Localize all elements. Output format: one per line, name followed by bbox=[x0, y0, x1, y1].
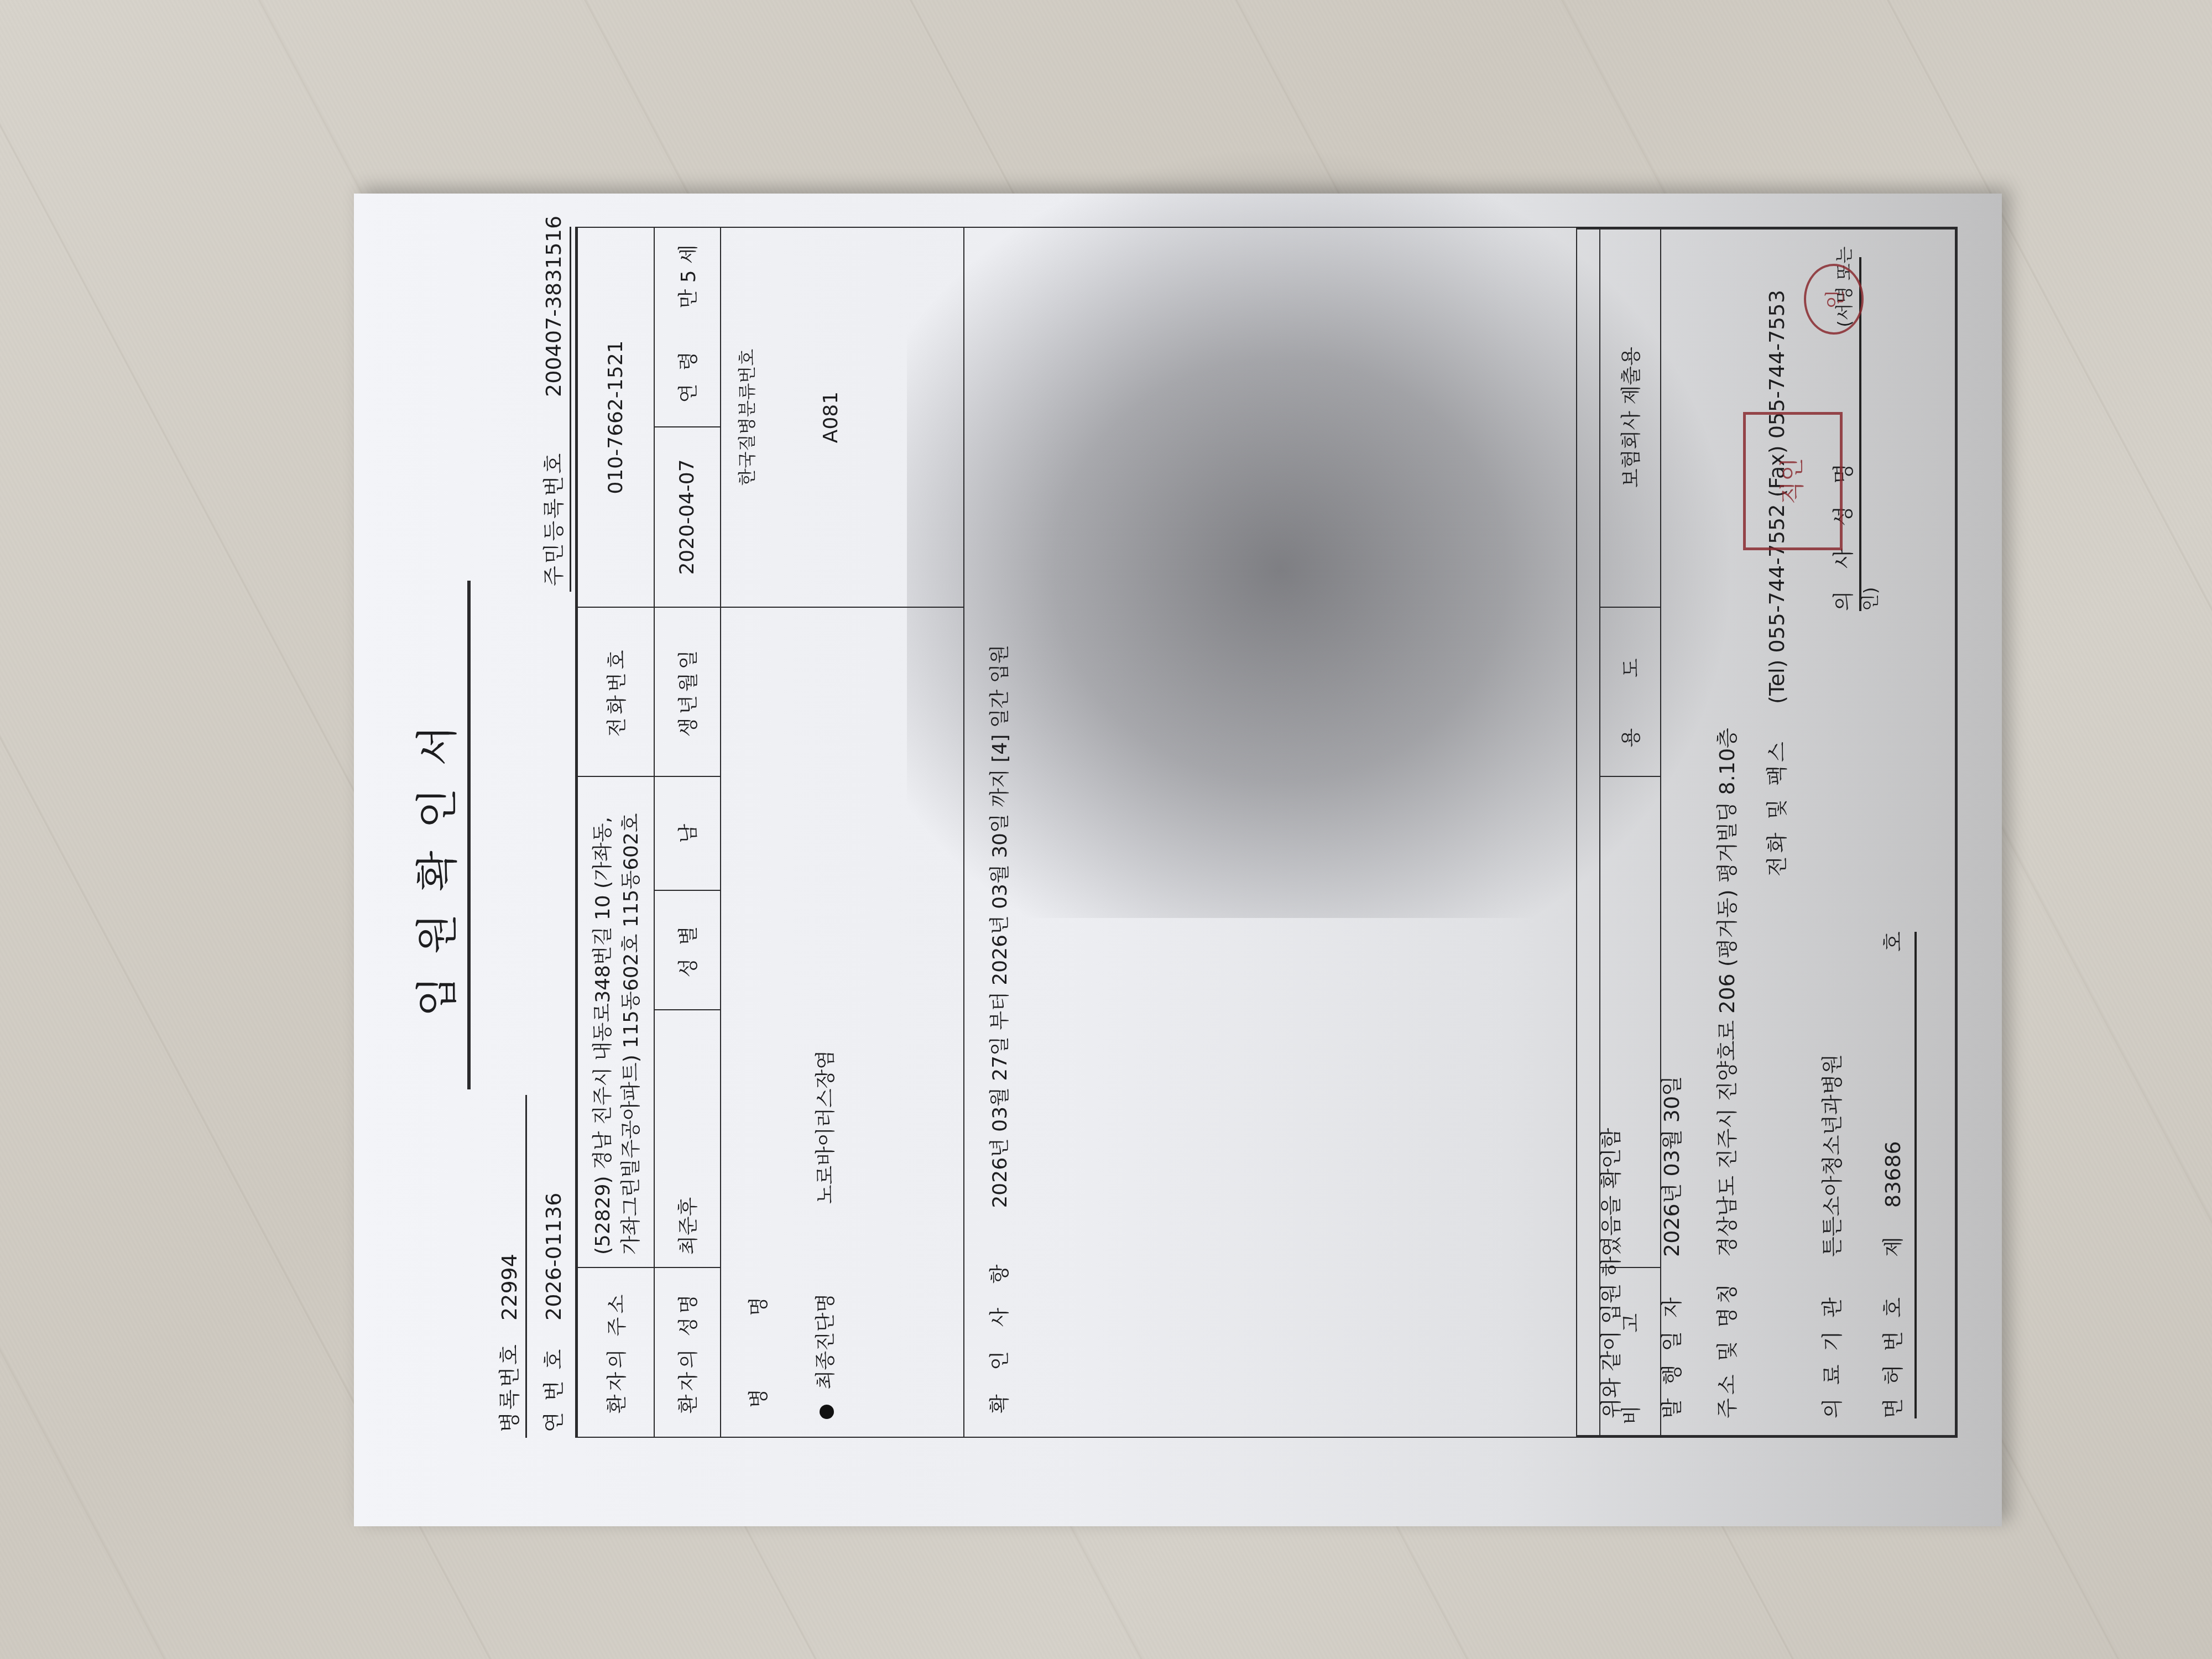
phone-label: 전화번호 bbox=[577, 607, 654, 776]
record-number-value: 22994 bbox=[497, 1254, 521, 1321]
institution: 의 료 기 관 튼튼소아청소년과병원 bbox=[1815, 1054, 1845, 1418]
address-line-1: (52829) 경남 진주시 내동로348번길 10 (가좌동, bbox=[587, 789, 615, 1255]
diagnosis-name: 노로바이러스장염 bbox=[815, 1050, 837, 1204]
kcd-code: A081 bbox=[820, 240, 842, 594]
diagnosis-cell: 병 명 최종진단명 노로바이러스장염 bbox=[721, 607, 964, 1437]
birth-value: 2020-04-07 bbox=[654, 427, 721, 607]
phone-fax-label: 전화 및 팩스 bbox=[1760, 711, 1790, 877]
bullet-icon bbox=[820, 1405, 834, 1419]
birth-label: 생년월일 bbox=[654, 607, 721, 776]
name-label: 환자의 성명 bbox=[654, 1267, 721, 1437]
sex-label: 성 별 bbox=[654, 890, 721, 1010]
patient-info-table: 환자의 주소 (52829) 경남 진주시 내동로348번길 10 (가좌동, … bbox=[575, 227, 1661, 1438]
license-suffix: 호 bbox=[1881, 931, 1905, 952]
footer: 위와 같이 입원 하였음을 확인함 발 행 일 자 2026년 03월 30일 … bbox=[1576, 227, 1958, 1438]
issue-date-label: 발 행 일 자 bbox=[1655, 1264, 1685, 1418]
diagnosis-section-label: 병 명 bbox=[743, 620, 771, 1408]
serial-number: 연 번 호 2026-01136 bbox=[536, 1193, 567, 1432]
license-underline bbox=[1914, 932, 1917, 1418]
license-number: 83686 bbox=[1881, 1141, 1905, 1208]
age-label: 연 령 bbox=[673, 337, 701, 414]
age-value: 만 5 세 bbox=[677, 244, 700, 308]
issue-date: 발 행 일 자 2026년 03월 30일 bbox=[1655, 1076, 1685, 1418]
doctor-seal: 인 bbox=[1804, 264, 1864, 335]
confirmation-label: 확 인 사 항 bbox=[984, 1214, 1013, 1413]
phone-fax: 전화 및 팩스 (Tel) 055-744-7552 (Fax) 055-744… bbox=[1760, 290, 1790, 877]
issue-date-value: 2026년 03월 30일 bbox=[1660, 1076, 1684, 1257]
sex-value: 남 bbox=[654, 776, 721, 890]
record-number-label: 병록번호 bbox=[492, 1327, 523, 1432]
address-cell: (52829) 경남 진주시 내동로348번길 10 (가좌동, 가좌그린빌주공… bbox=[577, 776, 654, 1267]
phone-value: 010-7662-1521 bbox=[577, 227, 654, 607]
hospital-address: 주소 및 명칭 경상남도 진주시 진양호로 206 (평거동) 평거빌딩 8.1… bbox=[1710, 728, 1740, 1418]
document-title: 입원확인서 bbox=[404, 194, 464, 1526]
admission-certificate: 입원확인서 병록번호 22994 연 번 호 2026-01136 주민등록번호… bbox=[354, 194, 2002, 1526]
institution-value: 튼튼소아청소년과병원 bbox=[1820, 1054, 1844, 1257]
resident-id-value: 200407-3831516 bbox=[541, 216, 566, 397]
hospital-seal: 직인 bbox=[1743, 412, 1843, 550]
header-divider-left bbox=[525, 1095, 527, 1438]
record-number: 병록번호 22994 bbox=[492, 1254, 523, 1432]
confirmation-text: 2026년 03월 27일 부터 2026년 03월 30일 까지 [4] 일간… bbox=[989, 645, 1011, 1208]
serial-number-value: 2026-01136 bbox=[541, 1193, 566, 1321]
license: 면 허 번 호 제 83686 호 bbox=[1876, 931, 1906, 1418]
name-value: 최준후 bbox=[654, 1010, 721, 1267]
address-line-2: 가좌그린빌주공아파트) 115동602호 115동602호 bbox=[615, 789, 644, 1255]
final-diagnosis: 최종진단명 노로바이러스장염 bbox=[810, 620, 838, 1419]
resident-id-label: 주민등록번호 bbox=[536, 404, 567, 586]
header-divider-right bbox=[570, 227, 571, 592]
serial-number-label: 연 번 호 bbox=[536, 1327, 567, 1432]
final-diagnosis-label: 최종진단명 bbox=[815, 1293, 837, 1390]
hospital-address-value: 경상남도 진주시 진양호로 206 (평거동) 평거빌딩 8.10층 bbox=[1715, 728, 1739, 1257]
confirmation-cell: 확 인 사 항 2026년 03월 27일 부터 2026년 03월 30일 까… bbox=[964, 227, 1600, 1437]
license-label: 면 허 번 호 bbox=[1876, 1264, 1906, 1418]
license-prefix: 제 bbox=[1881, 1237, 1905, 1257]
kcd-cell: 한국질병분류번호 A081 bbox=[721, 227, 964, 607]
resident-id: 주민등록번호 200407-3831516 bbox=[536, 216, 567, 586]
kcd-label: 한국질병분류번호 bbox=[733, 240, 759, 594]
title-underline bbox=[467, 581, 471, 1089]
statement: 위와 같이 입원 하였음을 확인함 bbox=[1594, 1128, 1624, 1418]
address-label: 환자의 주소 bbox=[577, 1267, 654, 1437]
institution-label: 의 료 기 관 bbox=[1815, 1264, 1845, 1418]
age-cell: 연 령 만 5 세 bbox=[654, 227, 721, 427]
hospital-address-label: 주소 및 명칭 bbox=[1710, 1264, 1740, 1418]
